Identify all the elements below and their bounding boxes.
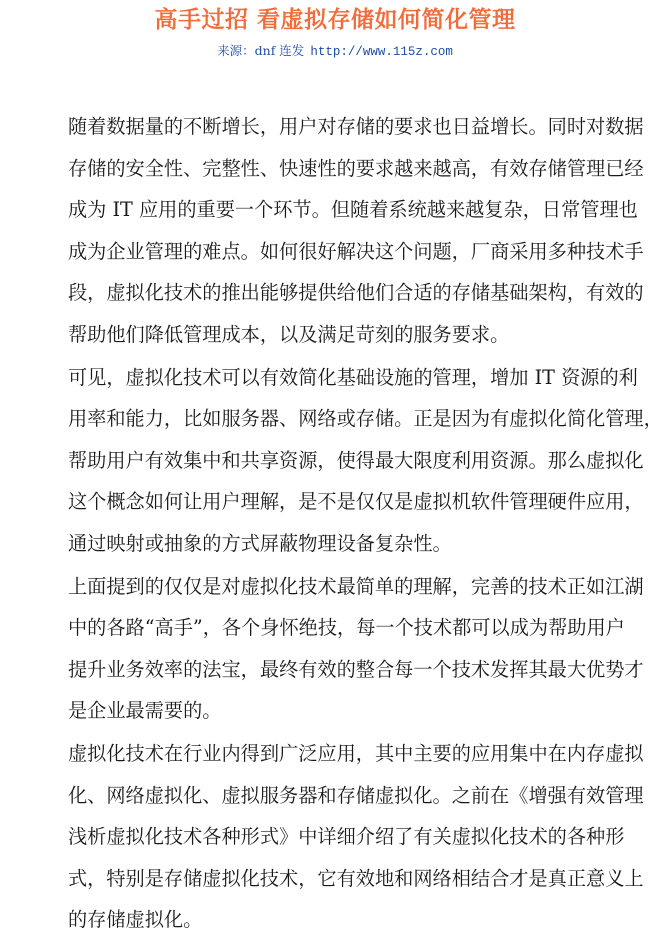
text-line: 提升业务效率的法宝，最终有效的整合每一个技术发挥其最大优势才 — [68, 649, 624, 691]
source-label: 来源： — [217, 43, 255, 58]
text-line: 是企业最需要的。 — [68, 690, 624, 732]
source-site: dnf 连发 — [255, 43, 305, 58]
text-line: 的存储虚拟化。 — [68, 899, 624, 941]
text-line: 化、网络虚拟化、虚拟服务器和存储虚拟化。之前在《增强有效管理 — [68, 775, 624, 817]
text-line: 段，虚拟化技术的推出能够提供给他们合适的存储基础架构，有效的 — [68, 272, 624, 314]
text-line: 帮助用户有效集中和共享资源，使得最大限度利用资源。那么虚拟化 — [68, 440, 624, 482]
text-line: 中的各路“高手”，各个身怀绝技，每一个技术都可以成为帮助用户 — [68, 607, 624, 649]
text-line: 存储的安全性、完整性、快速性的要求越来越高，有效存储管理已经 — [68, 148, 624, 190]
text-line: 浅析虚拟化技术各种形式》中详细介绍了有关虚拟化技术的各种形 — [68, 816, 624, 858]
paragraph-2: 可见，虚拟化技术可以有效简化基础设施的管理，增加 IT 资源的利 用率和能力，比… — [68, 357, 624, 565]
text-line: 式，特别是存储虚拟化技术，它有效地和网络相结合才是真正意义上 — [68, 858, 624, 900]
text-line: 这个概念如何让用户理解，是不是仅仅是虚拟机软件管理硬件应用， — [68, 481, 624, 523]
paragraph-3: 上面提到的仅仅是对虚拟化技术最简单的理解，完善的技术正如江湖 中的各路“高手”，… — [68, 566, 624, 732]
text-line: 帮助他们降低管理成本，以及满足苛刻的服务要求。 — [68, 314, 624, 356]
text-line: 通过映射或抽象的方式屏蔽物理设备复杂性。 — [68, 523, 624, 565]
text-line: 虚拟化技术在行业内得到广泛应用，其中主要的应用集中在内存虚拟 — [68, 733, 624, 775]
text-line: 可见，虚拟化技术可以有效简化基础设施的管理，增加 IT 资源的利 — [68, 357, 624, 399]
text-line: 成为 IT 应用的重要一个环节。但随着系统越来越复杂，日常管理也 — [68, 189, 624, 231]
article-title: 高手过招 看虚拟存储如何简化管理 — [0, 4, 670, 36]
paragraph-1: 随着数据量的不断增长，用户对存储的要求也日益增长。同时对数据 存储的安全性、完整… — [68, 106, 624, 356]
paragraph-4: 虚拟化技术在行业内得到广泛应用，其中主要的应用集中在内存虚拟 化、网络虚拟化、虚… — [68, 733, 624, 941]
source-url: http://www.115z.com — [310, 45, 453, 59]
text-line: 成为企业管理的难点。如何很好解决这个问题，厂商采用多种技术手 — [68, 231, 624, 273]
article-body: 随着数据量的不断增长，用户对存储的要求也日益增长。同时对数据 存储的安全性、完整… — [68, 106, 624, 941]
text-line: 用率和能力，比如服务器、网络或存储。正是因为有虚拟化简化管理， — [68, 398, 624, 440]
article-source: 来源：dnf 连发http://www.115z.com — [0, 42, 670, 61]
text-line: 上面提到的仅仅是对虚拟化技术最简单的理解，完善的技术正如江湖 — [68, 566, 624, 608]
text-line: 随着数据量的不断增长，用户对存储的要求也日益增长。同时对数据 — [68, 106, 624, 148]
